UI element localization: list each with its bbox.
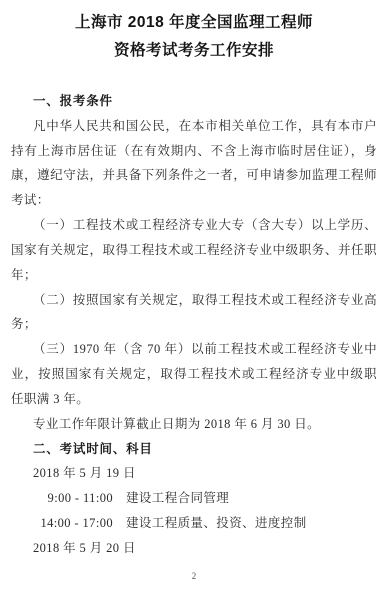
body-line: 业，按照国家有关规定，取得工程技术或工程经济专业中级职务，并 (11, 362, 377, 387)
section-heading: 二、考试时间、科目 (11, 437, 377, 462)
body-line: 年； (11, 263, 377, 288)
body-line: 2018 年 5 月 19 日 (11, 461, 377, 486)
schedule-line: 9:00 - 11:00建设工程合同管理 (11, 486, 377, 511)
body-line: 国家有关规定，取得工程技术或工程经济专业中级职务、并任职满 3 (11, 238, 377, 263)
body-line: 2018 年 5 月 20 日 (11, 536, 377, 561)
section-heading: 一、报考条件 (11, 89, 377, 114)
body-line: 考试： (11, 188, 377, 213)
body-line: 务； (11, 312, 377, 337)
title-line-2: 资格考试考务工作安排 (0, 37, 388, 65)
body-line: 凡中华人民共和国公民，在本市相关单位工作，具有本市户籍或 (11, 114, 377, 139)
title-line-1: 上海市 2018 年度全国监理工程师 (0, 9, 388, 37)
schedule-subject: 建设工程合同管理 (126, 491, 229, 505)
body-line: （一）工程技术或工程经济专业大专（含大专）以上学历、按照 (11, 213, 377, 238)
body-line: （三）1970 年（含 70 年）以前工程技术或工程经济专业中专毕 (11, 337, 377, 362)
body-line: （二）按照国家有关规定，取得工程技术或工程经济专业高级职 (11, 288, 377, 313)
body-line: 康，遵纪守法，并具备下列条件之一者，可申请参加监理工程师资格 (11, 163, 377, 188)
schedule-subject: 建设工程质量、投资、进度控制 (126, 516, 307, 530)
schedule-time: 14:00 - 17:00 (35, 511, 113, 536)
body-line: 持有上海市居住证（在有效期内、不含上海市临时居住证），身体健 (11, 139, 377, 164)
page-number: 2 (0, 570, 388, 582)
document-title: 上海市 2018 年度全国监理工程师 资格考试考务工作安排 (0, 9, 388, 64)
body-line: 专业工作年限计算截止日期为 2018 年 6 月 30 日。 (11, 412, 377, 437)
body-line: 任职满 3 年。 (11, 387, 377, 412)
schedule-line: 14:00 - 17:00建设工程质量、投资、进度控制 (11, 511, 377, 536)
schedule-time: 9:00 - 11:00 (35, 486, 113, 511)
document-page: 上海市 2018 年度全国监理工程师 资格考试考务工作安排 一、报考条件凡中华人… (0, 0, 388, 608)
document-body: 一、报考条件凡中华人民共和国公民，在本市相关单位工作，具有本市户籍或持有上海市居… (11, 89, 377, 561)
